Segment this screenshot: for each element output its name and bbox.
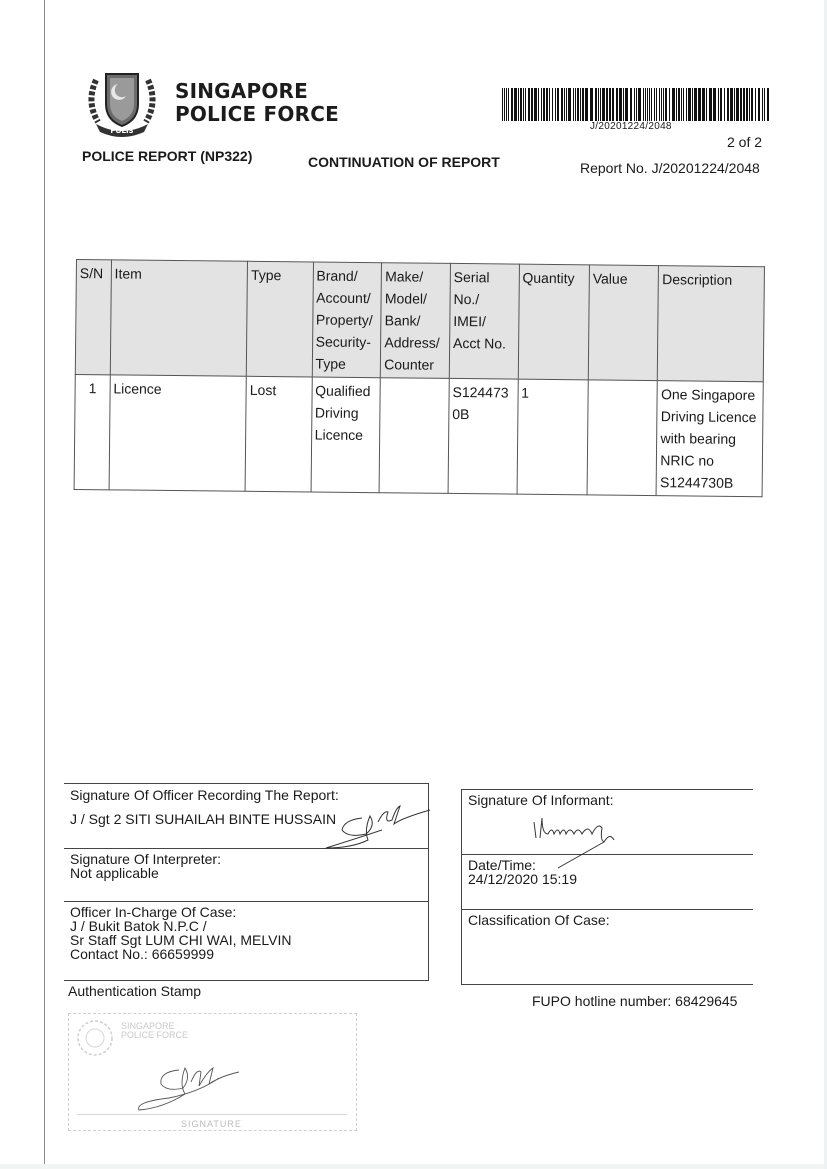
classification-label: Classification Of Case: <box>468 913 747 927</box>
col-brand: Brand/ Account/ Property/ Security- Type <box>312 262 382 378</box>
cell-description: One Singapore Driving Licence with beari… <box>656 381 763 497</box>
scan-bottom-edge <box>0 1164 827 1169</box>
stamp-line-2: POLICE FORCE <box>121 1031 188 1040</box>
datetime-box: Date/Time: 24/12/2020 15:19 <box>461 855 753 910</box>
stamp-signature-line <box>77 1114 347 1115</box>
col-serial: Serial No./ IMEI/ Acct No. <box>449 263 519 379</box>
cell-brand: Qualified Driving Licence <box>311 377 381 493</box>
cell-value <box>587 380 658 496</box>
page-indicator: 2 of 2 <box>727 134 762 150</box>
brand-name: SINGAPORE POLICE FORCE <box>175 80 339 126</box>
col-type: Type <box>246 261 313 377</box>
stamp-text: SINGAPORE POLICE FORCE <box>121 1022 188 1040</box>
oic-division: J / Bukit Batok N.P.C / <box>70 919 422 933</box>
col-description: Description <box>658 266 765 382</box>
stamp-signature-icon <box>129 1058 249 1112</box>
datetime-value: 24/12/2020 15:19 <box>468 872 747 886</box>
continuation-title: CONTINUATION OF REPORT <box>308 154 500 170</box>
report-number: Report No. J/20201224/2048 <box>580 160 760 176</box>
interpreter-label: Signature Of Interpreter: <box>70 852 422 866</box>
table-row: 1 Licence Lost Qualified Driving Licence… <box>74 374 763 496</box>
cell-quantity: 1 <box>517 379 589 495</box>
police-crest-logo-icon: POLIS <box>82 60 162 140</box>
datetime-label: Date/Time: <box>468 858 747 872</box>
barcode <box>502 88 770 121</box>
authentication-stamp-label: Authentication Stamp <box>68 983 201 999</box>
informant-signature-box: Signature Of Informant: <box>461 789 753 855</box>
stamp-signature-label: SIGNATURE <box>181 1119 242 1129</box>
cell-item: Licence <box>109 375 247 491</box>
officer-recording-box: Signature Of Officer Recording The Repor… <box>64 783 429 849</box>
table-header-row: S/N Item Type Brand/ Account/ Property/ … <box>75 260 764 382</box>
interpreter-value: Not applicable <box>70 866 422 880</box>
classification-box: Classification Of Case: <box>461 910 753 985</box>
barcode-number: J/20201224/2048 <box>590 121 672 132</box>
brand-line-1: SINGAPORE <box>175 80 339 103</box>
col-sn: S/N <box>75 260 111 375</box>
officer-recording-label: Signature Of Officer Recording The Repor… <box>70 788 422 802</box>
cell-sn: 1 <box>74 374 110 489</box>
officer-in-charge-box: Officer In-Charge Of Case: J / Bukit Bat… <box>64 902 429 981</box>
officer-signature-section: Signature Of Officer Recording The Repor… <box>64 783 429 981</box>
col-make: Make/ Model/ Bank/ Address/ Counter <box>381 263 451 379</box>
interpreter-box: Signature Of Interpreter: Not applicable <box>64 849 429 902</box>
svg-text:POLIS: POLIS <box>110 127 133 135</box>
oic-name: Sr Staff Sgt LUM CHI WAI, MELVIN <box>70 933 422 947</box>
officer-recording-name: J / Sgt 2 SITI SUHAILAH BINTE HUSSAIN <box>70 812 422 826</box>
col-item: Item <box>110 260 248 376</box>
col-quantity: Quantity <box>518 264 590 380</box>
brand-line-2: POLICE FORCE <box>175 103 339 126</box>
stamp-crest-icon <box>75 1018 115 1058</box>
cell-make <box>379 378 449 494</box>
cell-serial: S124473 0B <box>448 378 518 494</box>
fupo-hotline: FUPO hotline number: 68429645 <box>532 993 737 1009</box>
oic-label: Officer In-Charge Of Case: <box>70 905 422 919</box>
form-title: POLICE REPORT (NP322) <box>82 148 252 164</box>
informant-label: Signature Of Informant: <box>468 793 747 807</box>
scan-edge <box>44 0 45 1165</box>
oic-contact: Contact No.: 66659999 <box>70 947 422 961</box>
items-table: S/N Item Type Brand/ Account/ Property/ … <box>74 259 765 497</box>
col-value: Value <box>588 265 659 381</box>
cell-type: Lost <box>245 376 312 492</box>
informant-section: Signature Of Informant: Date/Time: 24/12… <box>461 789 753 985</box>
authentication-stamp: SINGAPORE POLICE FORCE SIGNATURE <box>68 1013 357 1131</box>
